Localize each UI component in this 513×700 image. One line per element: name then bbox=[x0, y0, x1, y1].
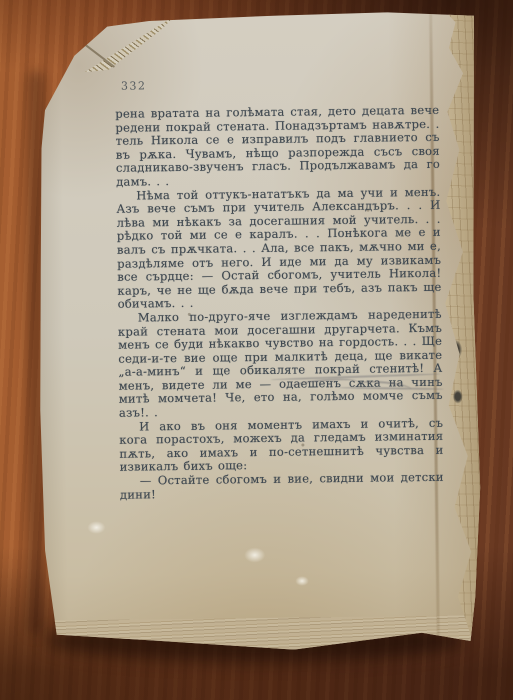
book-page: 332 рена вратата на голѣмата стая, дето … bbox=[34, 9, 484, 652]
page-content: 332 рена вратата на голѣмата стая, дето … bbox=[34, 9, 484, 652]
page-number: 332 bbox=[121, 79, 147, 92]
text-block: рена вратата на голѣмата стая, дето деца… bbox=[115, 104, 444, 502]
photo-scene: 332 рена вратата на голѣмата стая, дето … bbox=[0, 0, 513, 700]
